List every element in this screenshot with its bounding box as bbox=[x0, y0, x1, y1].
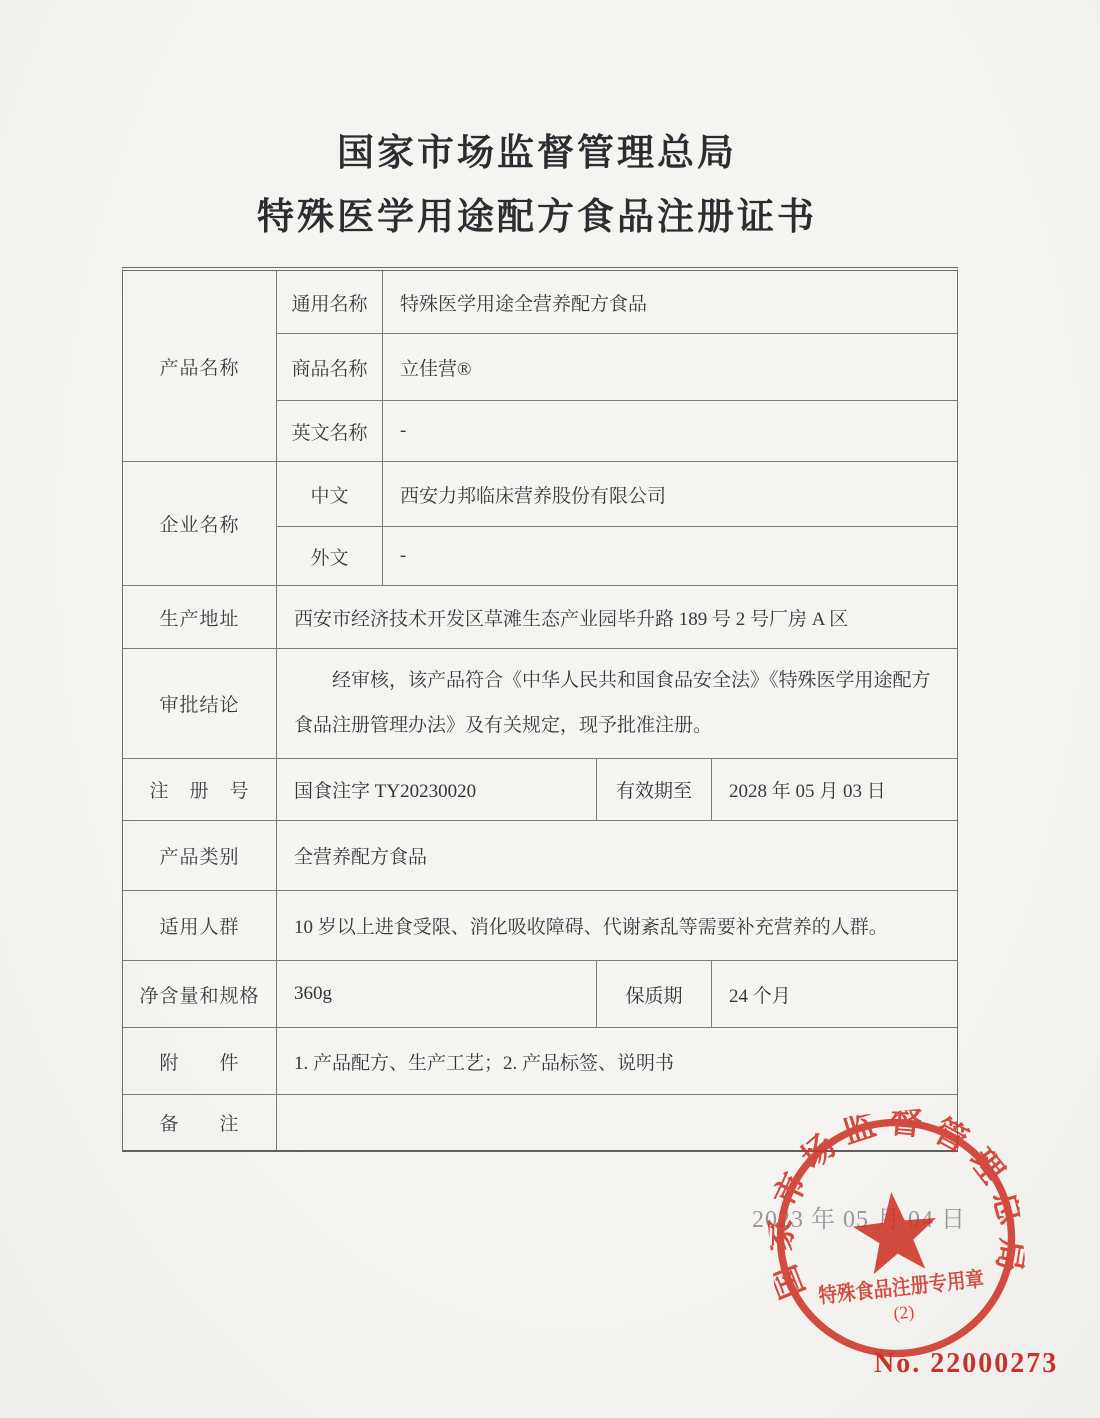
seal-number: (2) bbox=[892, 1301, 915, 1324]
net-content-label: 净含量和规格 bbox=[123, 961, 276, 1027]
production-address-row: 生产地址 西安市经济技术开发区草滩生态产业园毕升路 189 号 2 号厂房 A … bbox=[123, 585, 957, 648]
shelf-life-label: 保质期 bbox=[596, 961, 711, 1027]
company-foreign-row: 外文 - bbox=[276, 526, 957, 585]
net-content-row: 净含量和规格 360g 保质期 24 个月 bbox=[123, 960, 957, 1027]
target-group-value: 10 岁以上进食受限、消化吸收障碍、代谢紊乱等需要补充营养的人群。 bbox=[276, 891, 957, 960]
remarks-label: 备 注 bbox=[123, 1095, 276, 1150]
attachments-label: 附 件 bbox=[123, 1028, 276, 1094]
trade-name-row: 商品名称 立佳营® bbox=[276, 333, 957, 400]
company-chinese-value: 西安力邦临床营养股份有限公司 bbox=[382, 462, 957, 526]
trade-name-value: 立佳营® bbox=[382, 334, 957, 400]
product-category-value: 全营养配方食品 bbox=[276, 821, 957, 890]
company-name-label: 企业名称 bbox=[123, 462, 276, 585]
company-chinese-label: 中文 bbox=[276, 462, 382, 526]
company-name-subrows: 中文 西安力邦临床营养股份有限公司 外文 - bbox=[276, 462, 957, 585]
generic-name-value: 特殊医学用途全营养配方食品 bbox=[382, 271, 957, 333]
production-address-label: 生产地址 bbox=[123, 586, 276, 648]
registration-number-label: 注 册 号 bbox=[123, 759, 276, 820]
english-name-label: 英文名称 bbox=[276, 401, 382, 461]
company-foreign-value: - bbox=[382, 527, 957, 585]
product-name-group: 产品名称 通用名称 特殊医学用途全营养配方食品 商品名称 立佳营® 英文名称 - bbox=[123, 271, 957, 461]
svg-text:国家市场监督管理总局: 国家市场监督管理总局 bbox=[758, 1100, 1035, 1305]
shelf-life-value: 24 个月 bbox=[711, 961, 957, 1027]
product-name-label: 产品名称 bbox=[123, 271, 276, 461]
attachments-value: 1. 产品配方、生产工艺；2. 产品标签、说明书 bbox=[276, 1028, 957, 1094]
registration-number-value: 国食注字 TY20230020 bbox=[276, 759, 596, 820]
company-foreign-label: 外文 bbox=[276, 527, 382, 585]
product-name-subrows: 通用名称 特殊医学用途全营养配方食品 商品名称 立佳营® 英文名称 - bbox=[276, 271, 957, 461]
title-line-1: 国家市场监督管理总局 bbox=[0, 122, 1074, 186]
attachments-row: 附 件 1. 产品配方、生产工艺；2. 产品标签、说明书 bbox=[123, 1027, 957, 1094]
target-group-label: 适用人群 bbox=[123, 891, 276, 960]
certificate-number: No. 22000273 bbox=[874, 1348, 1058, 1380]
seal-star-icon bbox=[850, 1188, 942, 1276]
net-content-value: 360g bbox=[276, 961, 596, 1027]
seal-arc-text: 国家市场监督管理总局 bbox=[758, 1100, 1035, 1305]
company-chinese-row: 中文 西安力邦临床营养股份有限公司 bbox=[276, 462, 957, 526]
validity-label: 有效期至 bbox=[596, 759, 711, 820]
company-name-group: 企业名称 中文 西安力邦临床营养股份有限公司 外文 - bbox=[123, 461, 957, 585]
title-line-2: 特殊医学用途配方食品注册证书 bbox=[0, 186, 1074, 250]
validity-value: 2028 年 05 月 03 日 bbox=[711, 759, 957, 820]
document-title: 国家市场监督管理总局 特殊医学用途配方食品注册证书 bbox=[0, 122, 1074, 249]
approval-conclusion-label: 审批结论 bbox=[123, 649, 276, 758]
approval-conclusion-value: 经审核，该产品符合《中华人民共和国食品安全法》《特殊医学用途配方食品注册管理办法… bbox=[276, 649, 957, 758]
generic-name-label: 通用名称 bbox=[276, 271, 382, 333]
official-seal: 国家市场监督管理总局 特殊食品注册专用章 (2) bbox=[758, 1100, 1035, 1377]
product-category-label: 产品类别 bbox=[123, 821, 276, 890]
english-name-value: - bbox=[382, 401, 957, 461]
certificate-page: { "header": { "title_line1": "国家市场监督管理总局… bbox=[0, 0, 1100, 1418]
product-category-row: 产品类别 全营养配方食品 bbox=[123, 820, 957, 890]
approval-conclusion-row: 审批结论 经审核，该产品符合《中华人民共和国食品安全法》《特殊医学用途配方食品注… bbox=[123, 648, 957, 758]
english-name-row: 英文名称 - bbox=[276, 400, 957, 461]
trade-name-label: 商品名称 bbox=[276, 334, 382, 400]
production-address-value: 西安市经济技术开发区草滩生态产业园毕升路 189 号 2 号厂房 A 区 bbox=[276, 586, 957, 648]
certificate-table: 产品名称 通用名称 特殊医学用途全营养配方食品 商品名称 立佳营® 英文名称 -… bbox=[122, 267, 958, 1152]
registration-number-row: 注 册 号 国食注字 TY20230020 有效期至 2028 年 05 月 0… bbox=[123, 758, 957, 820]
generic-name-row: 通用名称 特殊医学用途全营养配方食品 bbox=[276, 271, 957, 333]
target-group-row: 适用人群 10 岁以上进食受限、消化吸收障碍、代谢紊乱等需要补充营养的人群。 bbox=[123, 890, 957, 960]
